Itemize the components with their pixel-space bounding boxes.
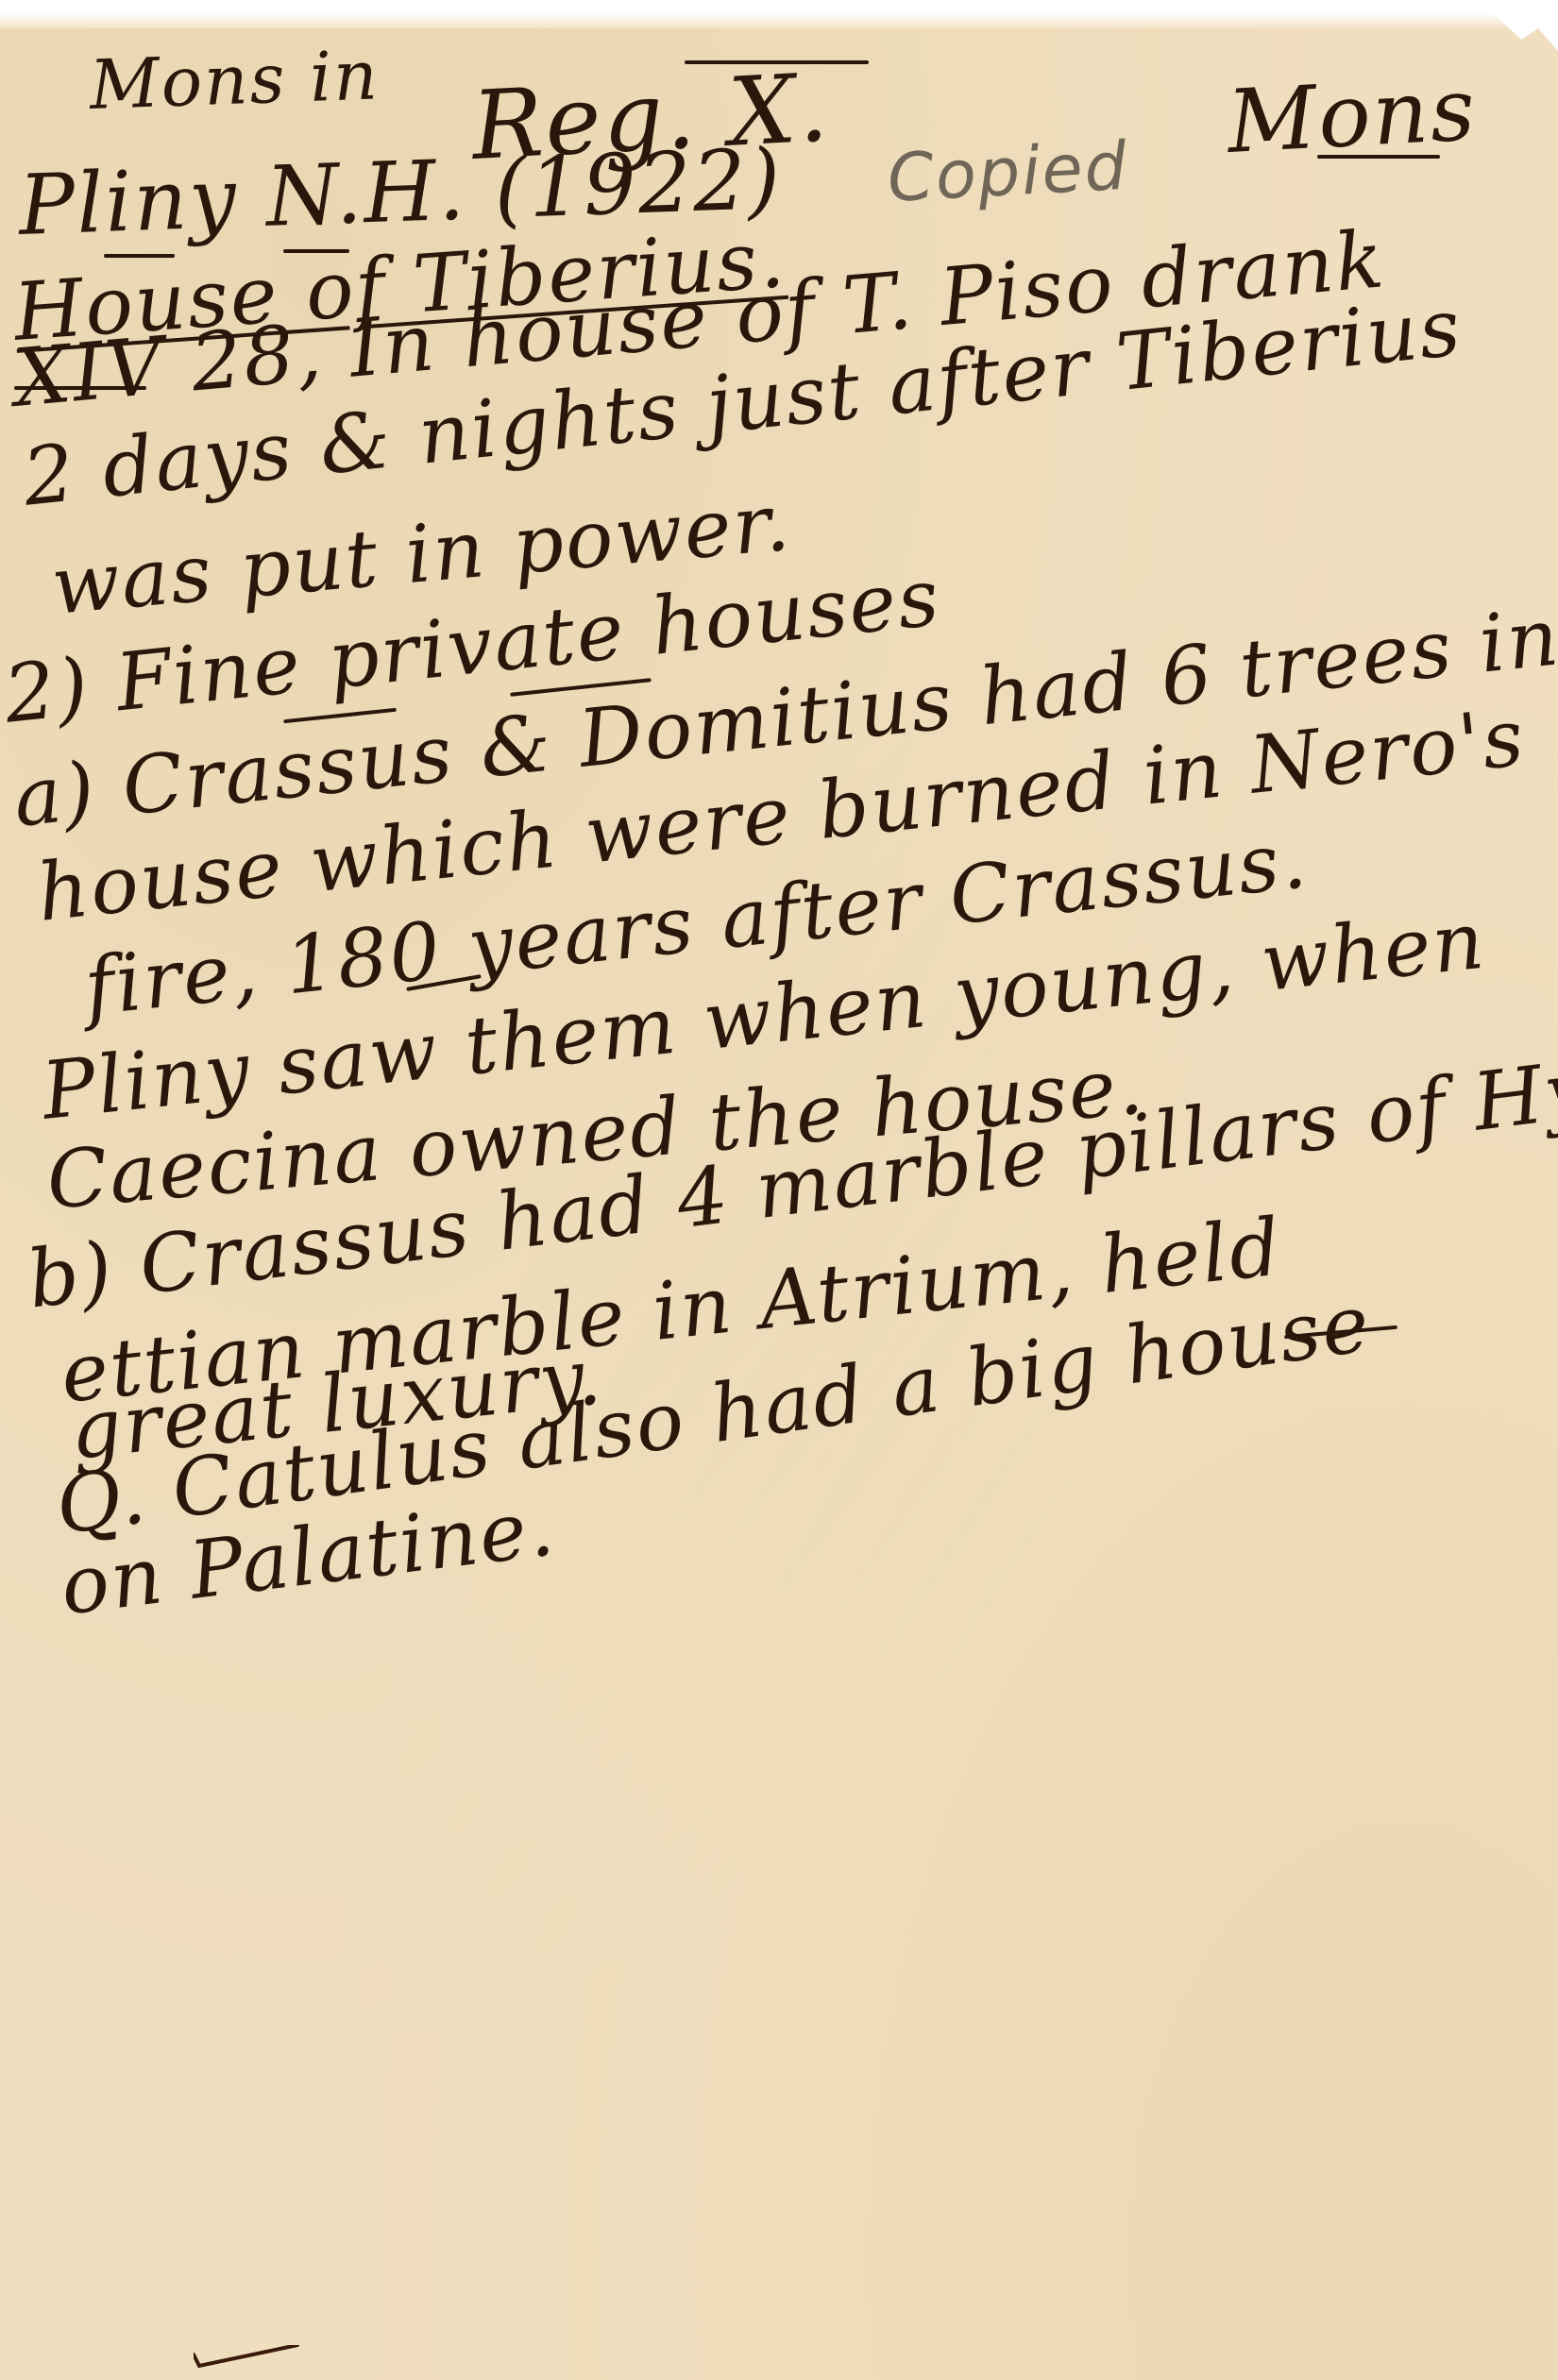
pencil-note-copied: Copied xyxy=(886,133,1129,211)
card-top-edge xyxy=(0,13,1558,28)
header-left-mons-in: Mons in xyxy=(89,41,381,119)
region-overline xyxy=(685,60,869,64)
torn-corner xyxy=(1492,13,1558,51)
header-right-mons: Mons xyxy=(1226,66,1480,166)
check-mark-icon xyxy=(194,2345,307,2373)
index-card: Mons in Reg. X. Mons Pliny N.H. (1922) C… xyxy=(0,13,1558,2380)
mons-underline xyxy=(1317,155,1440,159)
roman-numeral-overline xyxy=(14,386,146,390)
